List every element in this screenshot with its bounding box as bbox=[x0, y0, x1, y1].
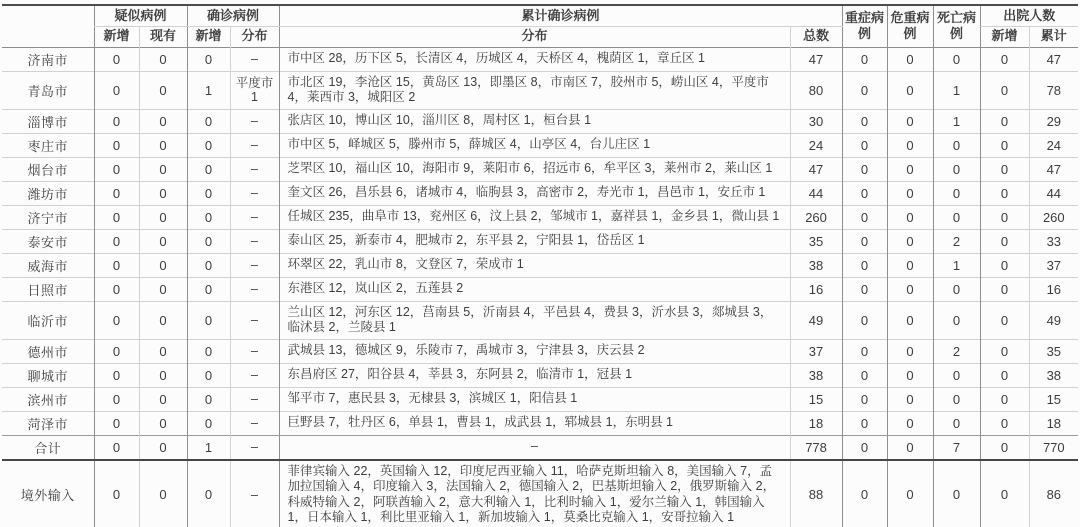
cell-discharged-new: 0 bbox=[980, 277, 1029, 301]
cell-city-name: 聊城市 bbox=[2, 363, 94, 387]
cell-confirmed-new: 0 bbox=[187, 301, 230, 339]
cell-confirmed-new: 0 bbox=[187, 339, 230, 363]
table-row: 济南市 0 0 0 – 市中区 28，历下区 5，长清区 4，历城区 4，天桥区… bbox=[2, 47, 1078, 71]
cell-discharged-new: 0 bbox=[980, 133, 1029, 157]
header-suspected-current: 现有 bbox=[139, 26, 187, 47]
cell-city-name: 境外输入 bbox=[2, 460, 94, 527]
table-header: 疑似病例 确诊病例 累计确诊病例 重症病例 危重病例 死亡病例 出院人数 新增 … bbox=[2, 5, 1078, 47]
cell-suspected-new: 0 bbox=[94, 363, 139, 387]
cell-suspected-new: 0 bbox=[94, 229, 139, 253]
cell-discharged-total: 37 bbox=[1029, 253, 1078, 277]
cell-discharged-new: 0 bbox=[980, 47, 1029, 71]
cell-cumulative-total: 47 bbox=[790, 157, 842, 181]
cell-discharged-total: 260 bbox=[1029, 205, 1078, 229]
cell-suspected-current: 0 bbox=[139, 339, 187, 363]
cell-confirmed-dist: – bbox=[230, 460, 279, 527]
cell-discharged-new: 0 bbox=[980, 387, 1029, 411]
cell-deaths: 1 bbox=[933, 109, 980, 133]
cell-discharged-new: 0 bbox=[980, 181, 1029, 205]
table-row: 泰安市 0 0 0 – 泰山区 25，新泰市 4，肥城市 2，东平县 2，宁阳县… bbox=[2, 229, 1078, 253]
cell-city-name: 合计 bbox=[2, 435, 94, 460]
cell-discharged-total: 18 bbox=[1029, 411, 1078, 435]
cell-discharged-total: 29 bbox=[1029, 109, 1078, 133]
cell-critical: 0 bbox=[887, 181, 933, 205]
header-confirmed-dist: 分布 bbox=[230, 26, 279, 47]
cell-discharged-total: 47 bbox=[1029, 157, 1078, 181]
cell-confirmed-new: 0 bbox=[187, 387, 230, 411]
cell-cumulative-dist: 东昌府区 27，阳谷县 4，莘县 3，东阿县 2，临清市 1，冠县 1 bbox=[279, 363, 790, 387]
cell-severe: 0 bbox=[842, 71, 887, 109]
cell-confirmed-new: 0 bbox=[187, 363, 230, 387]
cell-critical: 0 bbox=[887, 205, 933, 229]
cell-discharged-total: 770 bbox=[1029, 435, 1078, 460]
cell-critical: 0 bbox=[887, 411, 933, 435]
cell-confirmed-dist: – bbox=[230, 205, 279, 229]
cell-city-name: 滨州市 bbox=[2, 387, 94, 411]
cell-discharged-new: 0 bbox=[980, 71, 1029, 109]
cell-discharged-total: 49 bbox=[1029, 301, 1078, 339]
table-row: 德州市 0 0 0 – 武城县 13，德城区 9，乐陵市 7，禹城市 3，宁津县… bbox=[2, 339, 1078, 363]
cell-discharged-new: 0 bbox=[980, 301, 1029, 339]
cell-confirmed-new: 0 bbox=[187, 411, 230, 435]
cell-critical: 0 bbox=[887, 387, 933, 411]
cell-confirmed-new: 0 bbox=[187, 253, 230, 277]
cell-deaths: 2 bbox=[933, 339, 980, 363]
cell-deaths: 0 bbox=[933, 301, 980, 339]
cell-cumulative-dist: 巨野县 7，牡丹区 6，单县 1，曹县 1，成武县 1，郓城县 1，东明县 1 bbox=[279, 411, 790, 435]
cell-discharged-total: 86 bbox=[1029, 460, 1078, 527]
cell-discharged-new: 0 bbox=[980, 205, 1029, 229]
cell-confirmed-dist: – bbox=[230, 253, 279, 277]
cell-deaths: 0 bbox=[933, 363, 980, 387]
header-discharged-new: 新增 bbox=[980, 26, 1029, 47]
cell-confirmed-dist: – bbox=[230, 411, 279, 435]
cell-critical: 0 bbox=[887, 229, 933, 253]
cell-suspected-current: 0 bbox=[139, 435, 187, 460]
cell-confirmed-new: 0 bbox=[187, 157, 230, 181]
table-row: 枣庄市 0 0 0 – 市中区 5，峄城区 5，滕州市 5，薛城区 4，山亭区 … bbox=[2, 133, 1078, 157]
cell-severe: 0 bbox=[842, 229, 887, 253]
cell-cumulative-total: 24 bbox=[790, 133, 842, 157]
cell-cumulative-dist: 市北区 19，李沧区 15，黄岛区 13，即墨区 8，市南区 7，胶州市 5，崂… bbox=[279, 71, 790, 109]
cell-cumulative-total: 778 bbox=[790, 435, 842, 460]
cell-deaths: 0 bbox=[933, 181, 980, 205]
cell-cumulative-total: 38 bbox=[790, 253, 842, 277]
table-row: 滨州市 0 0 0 – 邹平市 7，惠民县 3，无棣县 3，滨城区 1，阳信县 … bbox=[2, 387, 1078, 411]
cell-cumulative-dist: 兰山区 12，河东区 12，莒南县 5，沂南县 4，平邑县 4，费县 3，沂水县… bbox=[279, 301, 790, 339]
cell-critical: 0 bbox=[887, 277, 933, 301]
cell-city-name: 淄博市 bbox=[2, 109, 94, 133]
cell-critical: 0 bbox=[887, 157, 933, 181]
cell-severe: 0 bbox=[842, 109, 887, 133]
table-row: 日照市 0 0 0 – 东港区 12，岚山区 2，五莲县 2 16 0 0 0 … bbox=[2, 277, 1078, 301]
table-row: 烟台市 0 0 0 – 芝罘区 10，福山区 10，海阳市 9，莱阳市 6，招远… bbox=[2, 157, 1078, 181]
cell-critical: 0 bbox=[887, 133, 933, 157]
table-row: 菏泽市 0 0 0 – 巨野县 7，牡丹区 6，单县 1，曹县 1，成武县 1，… bbox=[2, 411, 1078, 435]
cell-severe: 0 bbox=[842, 157, 887, 181]
cell-confirmed-dist: – bbox=[230, 47, 279, 71]
cell-discharged-total: 38 bbox=[1029, 363, 1078, 387]
cell-critical: 0 bbox=[887, 460, 933, 527]
cell-discharged-new: 0 bbox=[980, 363, 1029, 387]
cell-suspected-current: 0 bbox=[139, 253, 187, 277]
cell-suspected-new: 0 bbox=[94, 387, 139, 411]
table-row: 济宁市 0 0 0 – 任城区 235，曲阜市 13，兖州区 6，汶上县 2，邹… bbox=[2, 205, 1078, 229]
cell-confirmed-dist: – bbox=[230, 339, 279, 363]
cell-suspected-current: 0 bbox=[139, 133, 187, 157]
cell-severe: 0 bbox=[842, 277, 887, 301]
cell-suspected-current: 0 bbox=[139, 157, 187, 181]
cell-discharged-total: 47 bbox=[1029, 47, 1078, 71]
cell-cumulative-total: 37 bbox=[790, 339, 842, 363]
cell-suspected-new: 0 bbox=[94, 157, 139, 181]
cell-suspected-new: 0 bbox=[94, 47, 139, 71]
cell-suspected-new: 0 bbox=[94, 435, 139, 460]
cell-confirmed-dist: 平度市 1 bbox=[230, 71, 279, 109]
cell-cumulative-total: 44 bbox=[790, 181, 842, 205]
table-row: 合计 0 0 1 – – 778 0 0 7 0 770 bbox=[2, 435, 1078, 460]
cell-confirmed-new: 0 bbox=[187, 47, 230, 71]
cell-cumulative-total: 47 bbox=[790, 47, 842, 71]
cell-deaths: 1 bbox=[933, 71, 980, 109]
cell-deaths: 0 bbox=[933, 205, 980, 229]
cell-city-name: 潍坊市 bbox=[2, 181, 94, 205]
cell-severe: 0 bbox=[842, 387, 887, 411]
cell-confirmed-new: 1 bbox=[187, 435, 230, 460]
cell-suspected-current: 0 bbox=[139, 181, 187, 205]
cell-suspected-current: 0 bbox=[139, 229, 187, 253]
header-confirmed-new: 新增 bbox=[187, 26, 230, 47]
cell-severe: 0 bbox=[842, 339, 887, 363]
cell-cumulative-total: 80 bbox=[790, 71, 842, 109]
header-discharged-total: 累计 bbox=[1029, 26, 1078, 47]
cell-cumulative-dist: – bbox=[279, 435, 790, 460]
table-row: 淄博市 0 0 0 – 张店区 10，博山区 10，淄川区 8，周村区 1，桓台… bbox=[2, 109, 1078, 133]
cell-suspected-new: 0 bbox=[94, 460, 139, 527]
cell-confirmed-new: 0 bbox=[187, 205, 230, 229]
cell-severe: 0 bbox=[842, 411, 887, 435]
cell-city-name: 泰安市 bbox=[2, 229, 94, 253]
cell-cumulative-total: 260 bbox=[790, 205, 842, 229]
cell-confirmed-new: 0 bbox=[187, 277, 230, 301]
cell-cumulative-dist: 泰山区 25，新泰市 4，肥城市 2，东平县 2，宁阳县 1，岱岳区 1 bbox=[279, 229, 790, 253]
cell-cumulative-total: 49 bbox=[790, 301, 842, 339]
table-row: 临沂市 0 0 0 – 兰山区 12，河东区 12，莒南县 5，沂南县 4，平邑… bbox=[2, 301, 1078, 339]
cell-city-name: 菏泽市 bbox=[2, 411, 94, 435]
cell-critical: 0 bbox=[887, 339, 933, 363]
cell-confirmed-new: 0 bbox=[187, 229, 230, 253]
cell-city-name: 德州市 bbox=[2, 339, 94, 363]
cell-suspected-current: 0 bbox=[139, 109, 187, 133]
cell-confirmed-dist: – bbox=[230, 181, 279, 205]
cell-cumulative-total: 38 bbox=[790, 363, 842, 387]
cell-deaths: 0 bbox=[933, 460, 980, 527]
cell-discharged-total: 78 bbox=[1029, 71, 1078, 109]
cell-confirmed-dist: – bbox=[230, 435, 279, 460]
cell-suspected-current: 0 bbox=[139, 47, 187, 71]
cell-critical: 0 bbox=[887, 47, 933, 71]
cell-suspected-new: 0 bbox=[94, 411, 139, 435]
cell-city-name: 烟台市 bbox=[2, 157, 94, 181]
table-body: 济南市 0 0 0 – 市中区 28，历下区 5，长清区 4，历城区 4，天桥区… bbox=[2, 47, 1078, 527]
cell-cumulative-dist: 任城区 235，曲阜市 13，兖州区 6，汶上县 2，邹城市 1，嘉祥县 1，金… bbox=[279, 205, 790, 229]
cell-discharged-total: 15 bbox=[1029, 387, 1078, 411]
cell-city-name: 枣庄市 bbox=[2, 133, 94, 157]
cell-confirmed-dist: – bbox=[230, 109, 279, 133]
header-suspected-cases: 疑似病例 bbox=[94, 5, 187, 26]
cell-discharged-new: 0 bbox=[980, 229, 1029, 253]
cell-cumulative-dist: 武城县 13，德城区 9，乐陵市 7，禹城市 3，宁津县 3，庆云县 2 bbox=[279, 339, 790, 363]
table-row: 聊城市 0 0 0 – 东昌府区 27，阳谷县 4，莘县 3，东阿县 2，临清市… bbox=[2, 363, 1078, 387]
cell-confirmed-new: 1 bbox=[187, 71, 230, 109]
cell-severe: 0 bbox=[842, 253, 887, 277]
cell-suspected-new: 0 bbox=[94, 71, 139, 109]
table-row: 威海市 0 0 0 – 环翠区 22，乳山市 8，文登区 7，荣成市 1 38 … bbox=[2, 253, 1078, 277]
cell-suspected-new: 0 bbox=[94, 133, 139, 157]
cell-confirmed-dist: – bbox=[230, 229, 279, 253]
header-suspected-new: 新增 bbox=[94, 26, 139, 47]
cell-discharged-total: 24 bbox=[1029, 133, 1078, 157]
cell-cumulative-dist: 市中区 28，历下区 5，长清区 4，历城区 4，天桥区 4，槐荫区 1，章丘区… bbox=[279, 47, 790, 71]
cell-city-name: 威海市 bbox=[2, 253, 94, 277]
cell-suspected-current: 0 bbox=[139, 387, 187, 411]
cell-confirmed-dist: – bbox=[230, 387, 279, 411]
cell-discharged-new: 0 bbox=[980, 460, 1029, 527]
cell-city-name: 青岛市 bbox=[2, 71, 94, 109]
cell-suspected-current: 0 bbox=[139, 71, 187, 109]
cell-severe: 0 bbox=[842, 47, 887, 71]
cell-deaths: 2 bbox=[933, 229, 980, 253]
cell-cumulative-dist: 奎文区 26，昌乐县 6，诸城市 4，临朐县 3，高密市 2，寿光市 1，昌邑市… bbox=[279, 181, 790, 205]
cell-critical: 0 bbox=[887, 71, 933, 109]
table-row: 境外输入 0 0 0 – 菲律宾输入 22，英国输入 12，印度尼西亚输入 11… bbox=[2, 460, 1078, 527]
cell-deaths: 0 bbox=[933, 133, 980, 157]
cell-deaths: 0 bbox=[933, 47, 980, 71]
cell-city-name: 济宁市 bbox=[2, 205, 94, 229]
cell-cumulative-dist: 张店区 10，博山区 10，淄川区 8，周村区 1，桓台县 1 bbox=[279, 109, 790, 133]
cell-severe: 0 bbox=[842, 363, 887, 387]
cell-cumulative-dist: 邹平市 7，惠民县 3，无棣县 3，滨城区 1，阳信县 1 bbox=[279, 387, 790, 411]
cell-severe: 0 bbox=[842, 301, 887, 339]
table-row: 青岛市 0 0 1 平度市 1 市北区 19，李沧区 15，黄岛区 13，即墨区… bbox=[2, 71, 1078, 109]
cell-suspected-new: 0 bbox=[94, 109, 139, 133]
cell-deaths: 0 bbox=[933, 277, 980, 301]
cell-city-name: 日照市 bbox=[2, 277, 94, 301]
cell-severe: 0 bbox=[842, 133, 887, 157]
cell-discharged-total: 16 bbox=[1029, 277, 1078, 301]
cell-critical: 0 bbox=[887, 435, 933, 460]
header-cumulative-confirmed: 累计确诊病例 bbox=[279, 5, 842, 26]
cell-suspected-current: 0 bbox=[139, 301, 187, 339]
cell-city-name: 济南市 bbox=[2, 47, 94, 71]
cell-suspected-new: 0 bbox=[94, 253, 139, 277]
cell-deaths: 0 bbox=[933, 411, 980, 435]
header-discharged: 出院人数 bbox=[980, 5, 1078, 26]
header-death-cases: 死亡病例 bbox=[933, 5, 980, 47]
cell-cumulative-total: 16 bbox=[790, 277, 842, 301]
cell-suspected-new: 0 bbox=[94, 277, 139, 301]
cell-suspected-current: 0 bbox=[139, 460, 187, 527]
header-critical-cases: 危重病例 bbox=[887, 5, 933, 47]
cell-confirmed-dist: – bbox=[230, 277, 279, 301]
cell-suspected-current: 0 bbox=[139, 205, 187, 229]
cell-discharged-new: 0 bbox=[980, 411, 1029, 435]
cell-critical: 0 bbox=[887, 253, 933, 277]
cell-cumulative-total: 35 bbox=[790, 229, 842, 253]
cell-cumulative-total: 15 bbox=[790, 387, 842, 411]
cell-critical: 0 bbox=[887, 301, 933, 339]
cell-deaths: 0 bbox=[933, 387, 980, 411]
cell-confirmed-new: 0 bbox=[187, 109, 230, 133]
cell-severe: 0 bbox=[842, 460, 887, 527]
cell-cumulative-dist: 环翠区 22，乳山市 8，文登区 7，荣成市 1 bbox=[279, 253, 790, 277]
cell-critical: 0 bbox=[887, 363, 933, 387]
cell-suspected-new: 0 bbox=[94, 181, 139, 205]
cell-critical: 0 bbox=[887, 109, 933, 133]
cell-severe: 0 bbox=[842, 181, 887, 205]
cell-discharged-total: 33 bbox=[1029, 229, 1078, 253]
cell-suspected-new: 0 bbox=[94, 205, 139, 229]
header-cumulative-total: 总数 bbox=[790, 26, 842, 47]
cell-confirmed-new: 0 bbox=[187, 181, 230, 205]
header-cumulative-dist: 分布 bbox=[279, 26, 790, 47]
cell-confirmed-dist: – bbox=[230, 363, 279, 387]
cell-suspected-new: 0 bbox=[94, 301, 139, 339]
cell-deaths: 0 bbox=[933, 157, 980, 181]
cell-cumulative-dist: 菲律宾输入 22，英国输入 12，印度尼西亚输入 11，哈萨克斯坦输入 8，美国… bbox=[279, 460, 790, 527]
cell-city-name: 临沂市 bbox=[2, 301, 94, 339]
cell-cumulative-dist: 芝罘区 10，福山区 10，海阳市 9，莱阳市 6，招远市 6，牟平区 3，莱州… bbox=[279, 157, 790, 181]
cell-confirmed-dist: – bbox=[230, 157, 279, 181]
cell-deaths: 7 bbox=[933, 435, 980, 460]
cell-discharged-new: 0 bbox=[980, 157, 1029, 181]
cell-discharged-new: 0 bbox=[980, 435, 1029, 460]
cell-severe: 0 bbox=[842, 435, 887, 460]
header-city-blank bbox=[2, 5, 94, 47]
cell-discharged-new: 0 bbox=[980, 109, 1029, 133]
cell-confirmed-dist: – bbox=[230, 301, 279, 339]
cell-suspected-current: 0 bbox=[139, 277, 187, 301]
cell-deaths: 1 bbox=[933, 253, 980, 277]
header-severe-cases: 重症病例 bbox=[842, 5, 887, 47]
cell-confirmed-dist: – bbox=[230, 133, 279, 157]
cell-discharged-new: 0 bbox=[980, 253, 1029, 277]
cell-suspected-current: 0 bbox=[139, 363, 187, 387]
cell-discharged-total: 35 bbox=[1029, 339, 1078, 363]
cell-confirmed-new: 0 bbox=[187, 133, 230, 157]
covid-cases-table: 疑似病例 确诊病例 累计确诊病例 重症病例 危重病例 死亡病例 出院人数 新增 … bbox=[2, 4, 1078, 527]
header-confirmed-cases: 确诊病例 bbox=[187, 5, 279, 26]
page: 疑似病例 确诊病例 累计确诊病例 重症病例 危重病例 死亡病例 出院人数 新增 … bbox=[0, 0, 1080, 527]
cell-severe: 0 bbox=[842, 205, 887, 229]
cell-discharged-total: 44 bbox=[1029, 181, 1078, 205]
cell-cumulative-dist: 东港区 12，岚山区 2，五莲县 2 bbox=[279, 277, 790, 301]
cell-discharged-new: 0 bbox=[980, 339, 1029, 363]
cell-cumulative-total: 88 bbox=[790, 460, 842, 527]
table-row: 潍坊市 0 0 0 – 奎文区 26，昌乐县 6，诸城市 4，临朐县 3，高密市… bbox=[2, 181, 1078, 205]
cell-cumulative-total: 30 bbox=[790, 109, 842, 133]
cell-confirmed-new: 0 bbox=[187, 460, 230, 527]
cell-cumulative-dist: 市中区 5，峄城区 5，滕州市 5，薛城区 4，山亭区 4，台儿庄区 1 bbox=[279, 133, 790, 157]
cell-suspected-current: 0 bbox=[139, 411, 187, 435]
cell-suspected-new: 0 bbox=[94, 339, 139, 363]
cell-cumulative-total: 18 bbox=[790, 411, 842, 435]
